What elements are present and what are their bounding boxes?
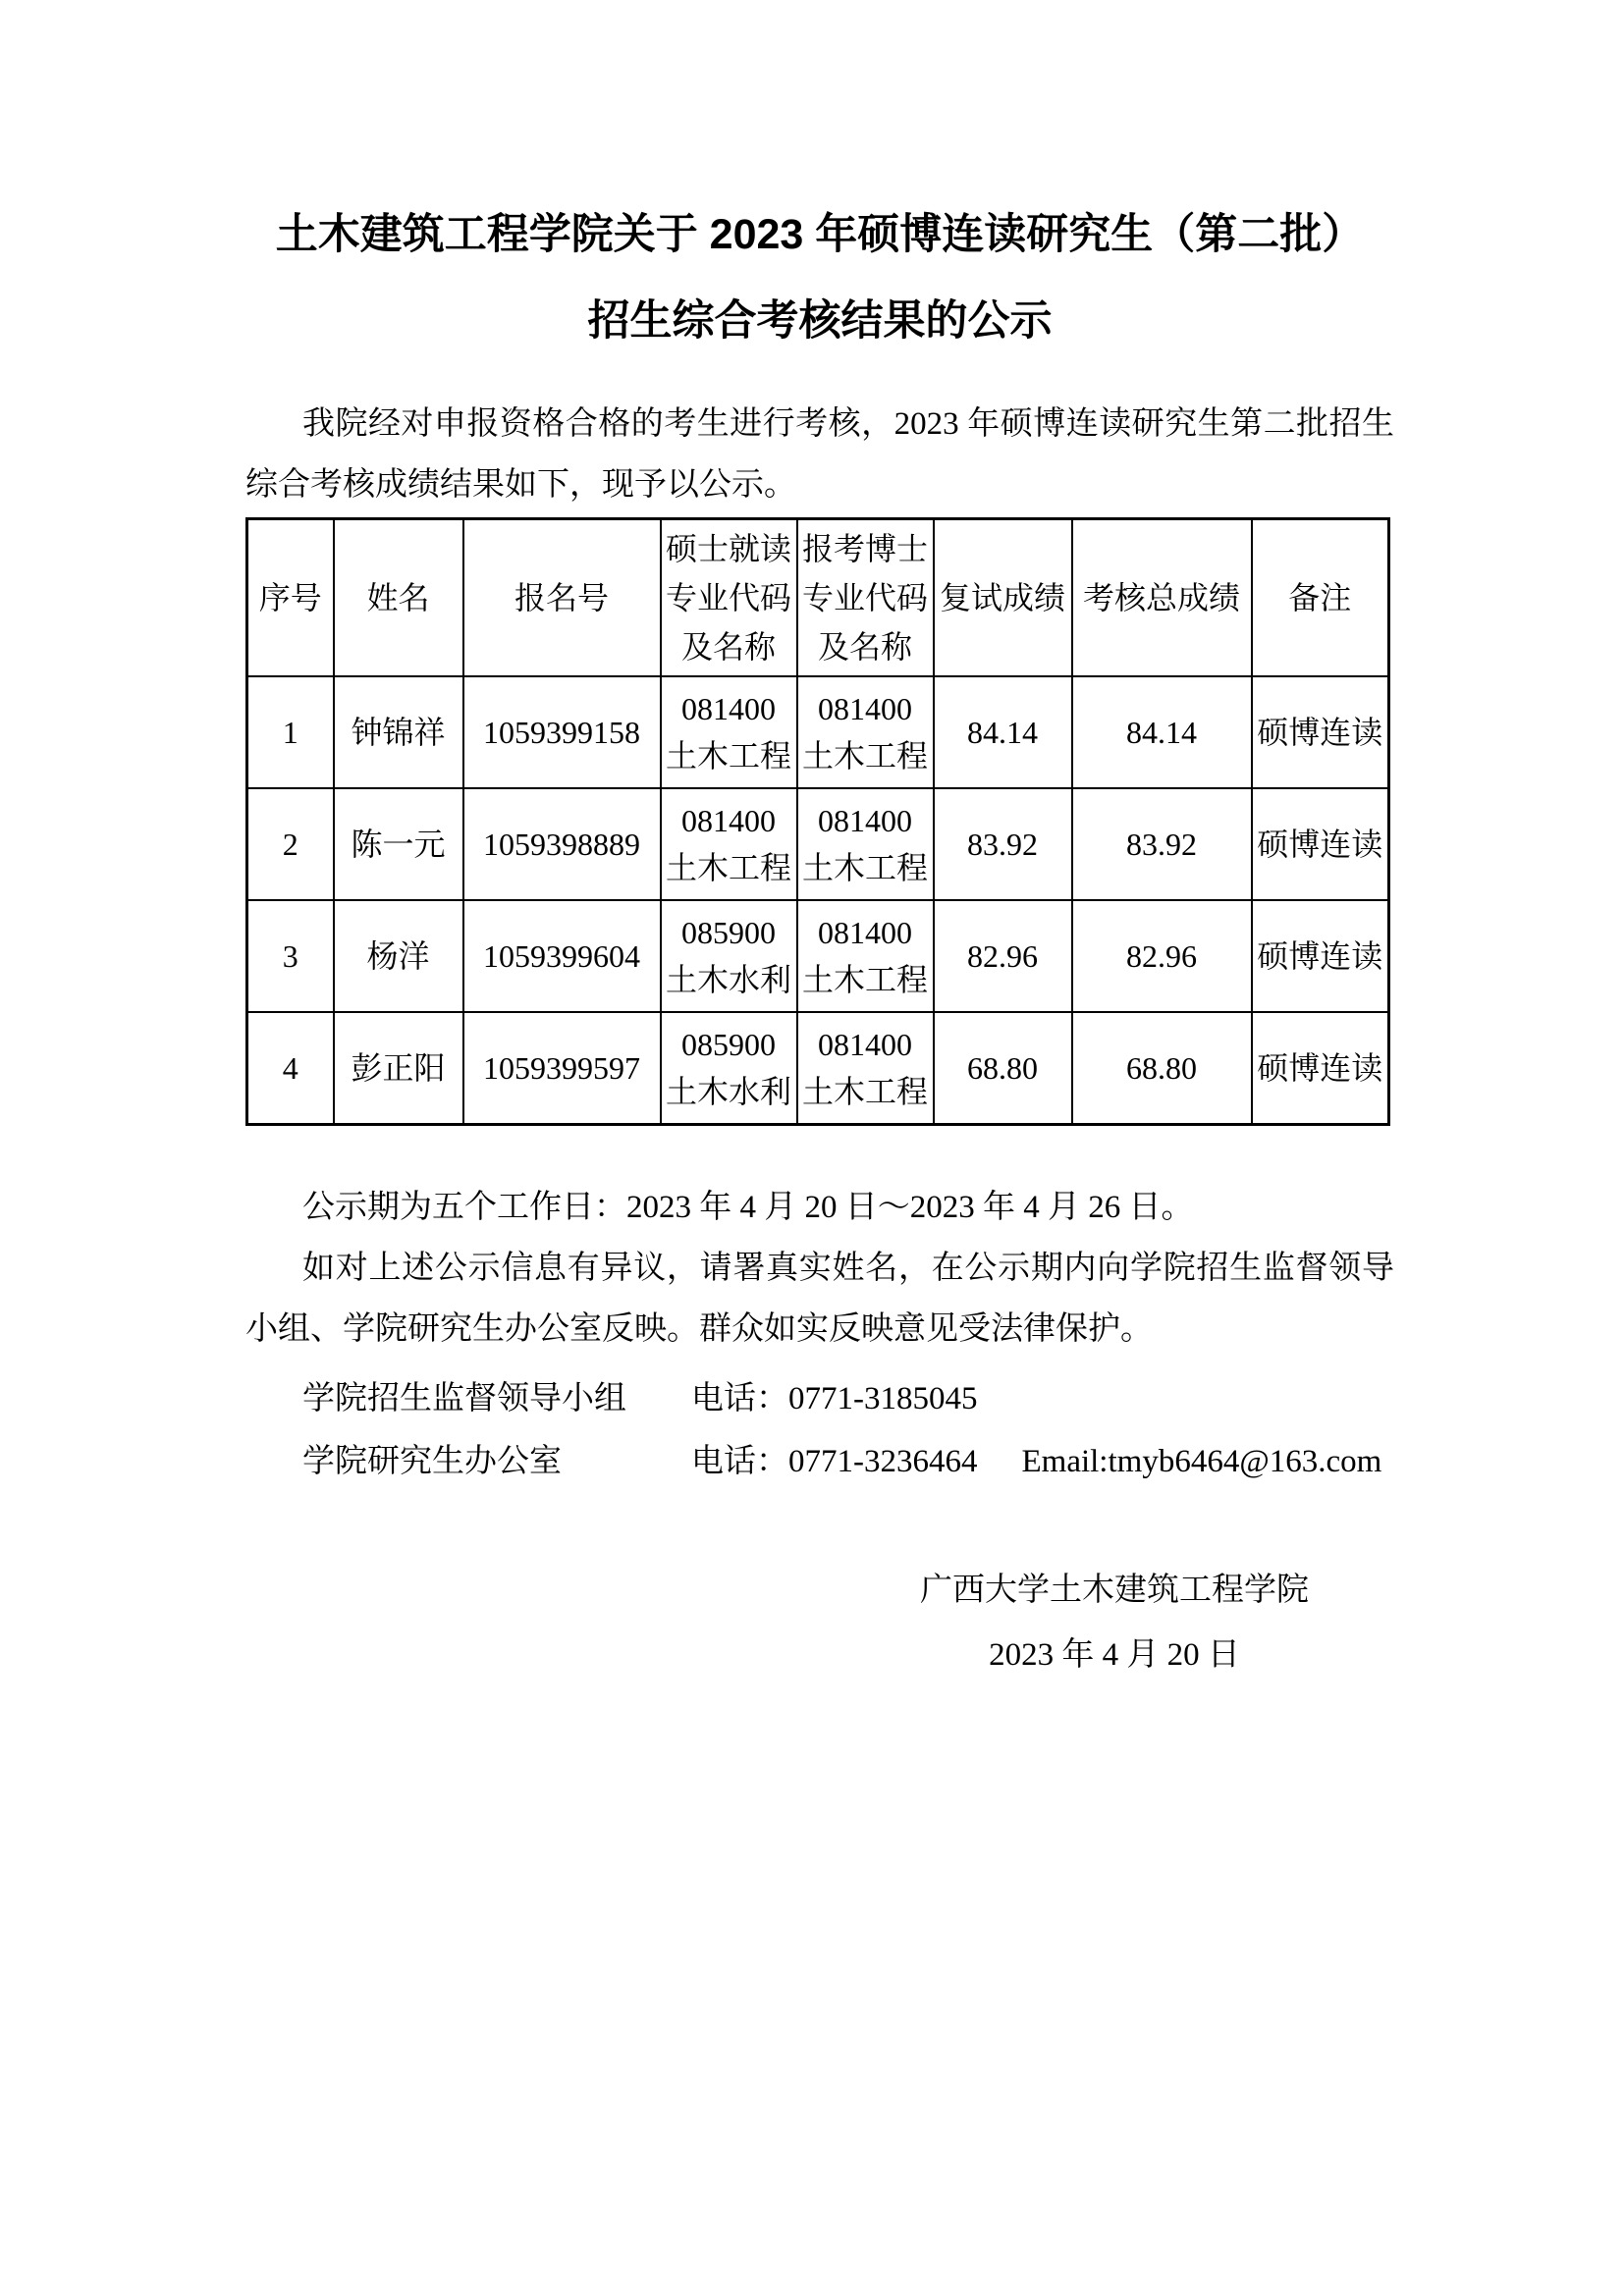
contact-org-label: 学院招生监督领导小组 [302, 1367, 691, 1430]
document-title: 土木建筑工程学院关于 2023 年硕博连读研究生（第二批） 招生综合考核结果的公… [245, 191, 1394, 364]
cell-registration-number: 1059399158 [463, 676, 661, 788]
table-row: 4 彭正阳 1059399597 085900 土木水利 081400 土木工程… [247, 1012, 1389, 1125]
cell-registration-number: 1059398889 [463, 788, 661, 900]
objection-paragraph: 如对上述公示信息有异议，请署真实姓名，在公示期内向学院招生监督领导小组、学院研究… [245, 1238, 1394, 1360]
cell-doctoral-program: 081400 土木工程 [797, 900, 934, 1012]
cell-total-score: 68.80 [1072, 1012, 1252, 1125]
table-row: 3 杨洋 1059399604 085900 土木水利 081400 土木工程 … [247, 900, 1389, 1012]
cell-registration-number: 1059399604 [463, 900, 661, 1012]
cell-index: 3 [247, 900, 334, 1012]
cell-name: 彭正阳 [334, 1012, 463, 1125]
cell-registration-number: 1059399597 [463, 1012, 661, 1125]
signature-block: 广西大学土木建筑工程学院 2023 年 4 月 20 日 [920, 1558, 1309, 1687]
cell-remarks: 硕博连读 [1252, 900, 1389, 1012]
table-row: 1 钟锦祥 1059399158 081400 土木工程 081400 土木工程… [247, 676, 1389, 788]
table-row: 2 陈一元 1059398889 081400 土木工程 081400 土木工程… [247, 788, 1389, 900]
header-cell-registration-number: 报名号 [463, 519, 661, 677]
cell-master-program: 085900 土木水利 [661, 1012, 797, 1125]
cell-master-program: 085900 土木水利 [661, 900, 797, 1012]
header-cell-index: 序号 [247, 519, 334, 677]
header-cell-interview-score: 复试成绩 [934, 519, 1072, 677]
cell-interview-score: 82.96 [934, 900, 1072, 1012]
contact-phone: 电话：0771-3236464 [691, 1430, 978, 1493]
cell-name: 杨洋 [334, 900, 463, 1012]
cell-master-program: 081400 土木工程 [661, 676, 797, 788]
header-cell-remarks: 备注 [1252, 519, 1389, 677]
cell-name: 陈一元 [334, 788, 463, 900]
header-cell-master-program: 硕士就读 专业代码 及名称 [661, 519, 797, 677]
cell-interview-score: 83.92 [934, 788, 1072, 900]
contact-org-label: 学院研究生办公室 [302, 1430, 691, 1493]
contact-email: Email:tmyb6464@163.com [1022, 1430, 1382, 1493]
contact-line-graduate-office: 学院研究生办公室 电话：0771-3236464 Email:tmyb6464@… [302, 1430, 1394, 1493]
cell-interview-score: 84.14 [934, 676, 1072, 788]
cell-doctoral-program: 081400 土木工程 [797, 788, 934, 900]
header-cell-name: 姓名 [334, 519, 463, 677]
signature-org: 广西大学土木建筑工程学院 [920, 1558, 1309, 1623]
cell-remarks: 硕博连读 [1252, 1012, 1389, 1125]
notice-period-line: 公示期为五个工作日：2023 年 4 月 20 日～2023 年 4 月 26 … [245, 1177, 1394, 1238]
contact-line-supervision-group: 学院招生监督领导小组 电话：0771-3185045 [302, 1367, 1394, 1430]
cell-remarks: 硕博连读 [1252, 676, 1389, 788]
title-line-2: 招生综合考核结果的公示 [245, 278, 1394, 364]
intro-paragraph: 我院经对申报资格合格的考生进行考核，2023 年硕博连读研究生第二批招生综合考核… [245, 394, 1394, 515]
cell-doctoral-program: 081400 土木工程 [797, 676, 934, 788]
title-line-1: 土木建筑工程学院关于 2023 年硕博连读研究生（第二批） [245, 191, 1394, 278]
cell-remarks: 硕博连读 [1252, 788, 1389, 900]
cell-total-score: 84.14 [1072, 676, 1252, 788]
signature-date: 2023 年 4 月 20 日 [920, 1623, 1309, 1687]
contact-section: 学院招生监督领导小组 电话：0771-3185045 学院研究生办公室 电话：0… [245, 1367, 1394, 1493]
table-header-row: 序号 姓名 报名号 硕士就读 专业代码 及名称 报考博士 专业代码 及名称 复试… [247, 519, 1389, 677]
cell-doctoral-program: 081400 土木工程 [797, 1012, 934, 1125]
cell-index: 1 [247, 676, 334, 788]
cell-interview-score: 68.80 [934, 1012, 1072, 1125]
cell-index: 4 [247, 1012, 334, 1125]
cell-index: 2 [247, 788, 334, 900]
cell-total-score: 83.92 [1072, 788, 1252, 900]
document-page: 土木建筑工程学院关于 2023 年硕博连读研究生（第二批） 招生综合考核结果的公… [0, 0, 1624, 2296]
header-cell-total-score: 考核总成绩 [1072, 519, 1252, 677]
cell-total-score: 82.96 [1072, 900, 1252, 1012]
header-cell-doctoral-program: 报考博士 专业代码 及名称 [797, 519, 934, 677]
contact-phone: 电话：0771-3185045 [691, 1367, 978, 1430]
results-table: 序号 姓名 报名号 硕士就读 专业代码 及名称 报考博士 专业代码 及名称 复试… [245, 517, 1390, 1126]
cell-name: 钟锦祥 [334, 676, 463, 788]
cell-master-program: 081400 土木工程 [661, 788, 797, 900]
